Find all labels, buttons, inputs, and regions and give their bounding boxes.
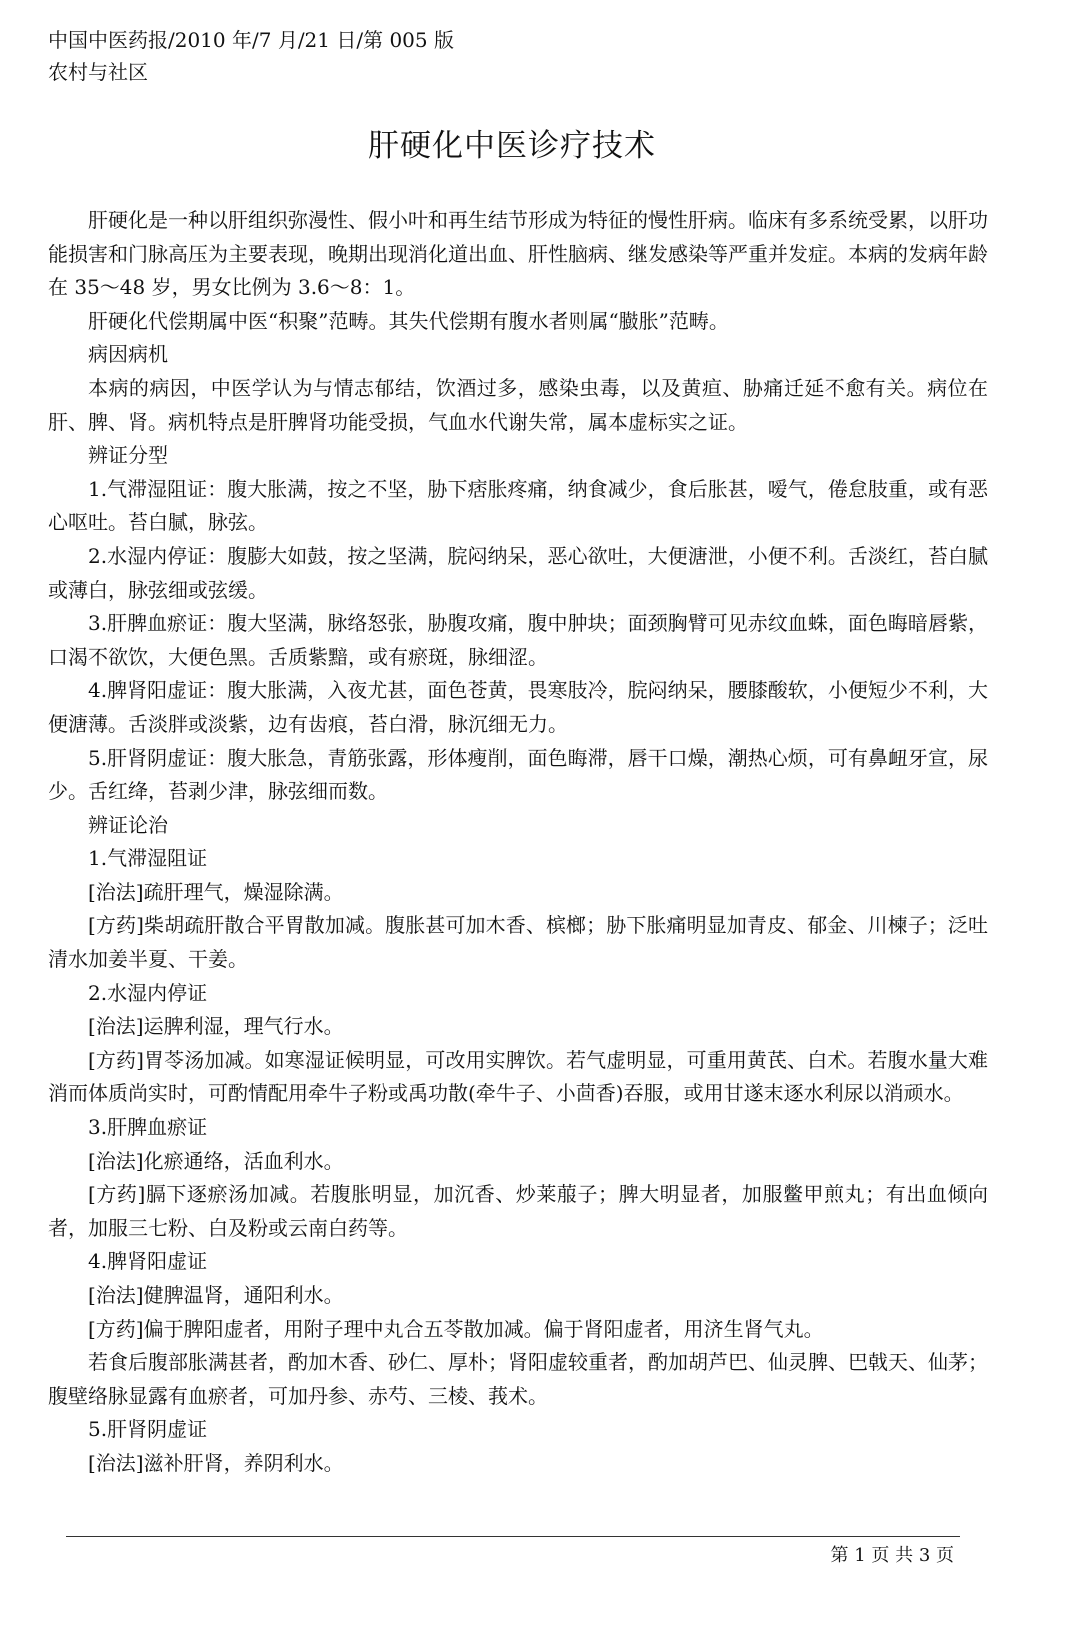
treatment-3-method: [治法]化瘀通络，活血利水。	[48, 1145, 988, 1179]
section-heading-treatment: 辨证论治	[48, 809, 988, 843]
syndrome-type-5: 5.肝肾阴虚证：腹大胀急，青筋张露，形体瘦削，面色晦滞，唇干口燥，潮热心烦，可有…	[48, 742, 988, 809]
paragraph-etiology: 本病的病因，中医学认为与情志郁结，饮酒过多，感染虫毒，以及黄疸、胁痛迁延不愈有关…	[48, 372, 988, 439]
syndrome-type-1: 1.气滞湿阻证：腹大胀满，按之不坚，胁下痞胀疼痛，纳食减少，食后胀甚，嗳气，倦怠…	[48, 473, 988, 540]
paragraph-category: 肝硬化代偿期属中医“积聚”范畴。其失代偿期有腹水者则属“臌胀”范畴。	[48, 305, 988, 339]
page-indicator: 第 1 页 共 3 页	[830, 1544, 954, 1568]
newspaper-source-line: 中国中医药报/2010 年/7 月/21 日/第 005 版	[48, 24, 454, 56]
footer-divider	[66, 1536, 960, 1537]
treatment-1-prescription: [方药]柴胡疏肝散合平胃散加减。腹胀甚可加木香、槟榔；胁下胀痛明显加青皮、郁金、…	[48, 909, 988, 976]
syndrome-type-3: 3.肝脾血瘀证：腹大坚满，脉络怒张，胁腹攻痛，腹中肿块；面颈胸臂可见赤纹血蛛，面…	[48, 607, 988, 674]
paragraph-intro: 肝硬化是一种以肝组织弥漫性、假小叶和再生结节形成为特征的慢性肝病。临床有多系统受…	[48, 204, 988, 305]
treatment-4-heading: 4.脾肾阳虚证	[48, 1245, 988, 1279]
treatment-2-method: [治法]运脾利湿，理气行水。	[48, 1010, 988, 1044]
treatment-3-heading: 3.肝脾血瘀证	[48, 1111, 988, 1145]
treatment-1-method: [治法]疏肝理气，燥湿除满。	[48, 876, 988, 910]
treatment-1-heading: 1.气滞湿阻证	[48, 842, 988, 876]
treatment-4-prescription: [方药]偏于脾阳虚者，用附子理中丸合五苓散加减。偏于肾阳虚者，用济生肾气丸。	[48, 1313, 988, 1347]
treatment-3-prescription: [方药]膈下逐瘀汤加减。若腹胀明显，加沉香、炒莱菔子；脾大明显者，加服鳖甲煎丸；…	[48, 1178, 988, 1245]
document-header: 中国中医药报/2010 年/7 月/21 日/第 005 版 农村与社区	[48, 24, 454, 88]
treatment-4-method: [治法]健脾温肾，通阳利水。	[48, 1279, 988, 1313]
syndrome-type-2: 2.水湿内停证：腹膨大如鼓，按之坚满，脘闷纳呆，恶心欲吐，大便溏泄，小便不利。舌…	[48, 540, 988, 607]
article-title: 肝硬化中医诊疗技术	[0, 124, 1024, 168]
treatment-4-modifications: 若食后腹部胀满甚者，酌加木香、砂仁、厚朴；肾阳虚较重者，酌加胡芦巴、仙灵脾、巴戟…	[48, 1346, 988, 1413]
treatment-2-prescription: [方药]胃苓汤加减。如寒湿证候明显，可改用实脾饮。若气虚明显，可重用黄芪、白术。…	[48, 1044, 988, 1111]
section-heading-syndrome-types: 辨证分型	[48, 439, 988, 473]
syndrome-type-4: 4.脾肾阳虚证：腹大胀满，入夜尤甚，面色苍黄，畏寒肢冷，脘闷纳呆，腰膝酸软，小便…	[48, 674, 988, 741]
treatment-5-method: [治法]滋补肝肾，养阴利水。	[48, 1447, 988, 1481]
section-heading-etiology: 病因病机	[48, 338, 988, 372]
article-body: 肝硬化是一种以肝组织弥漫性、假小叶和再生结节形成为特征的慢性肝病。临床有多系统受…	[48, 204, 988, 1481]
treatment-5-heading: 5.肝肾阴虚证	[48, 1413, 988, 1447]
newspaper-section-line: 农村与社区	[48, 56, 454, 88]
treatment-2-heading: 2.水湿内停证	[48, 977, 988, 1011]
